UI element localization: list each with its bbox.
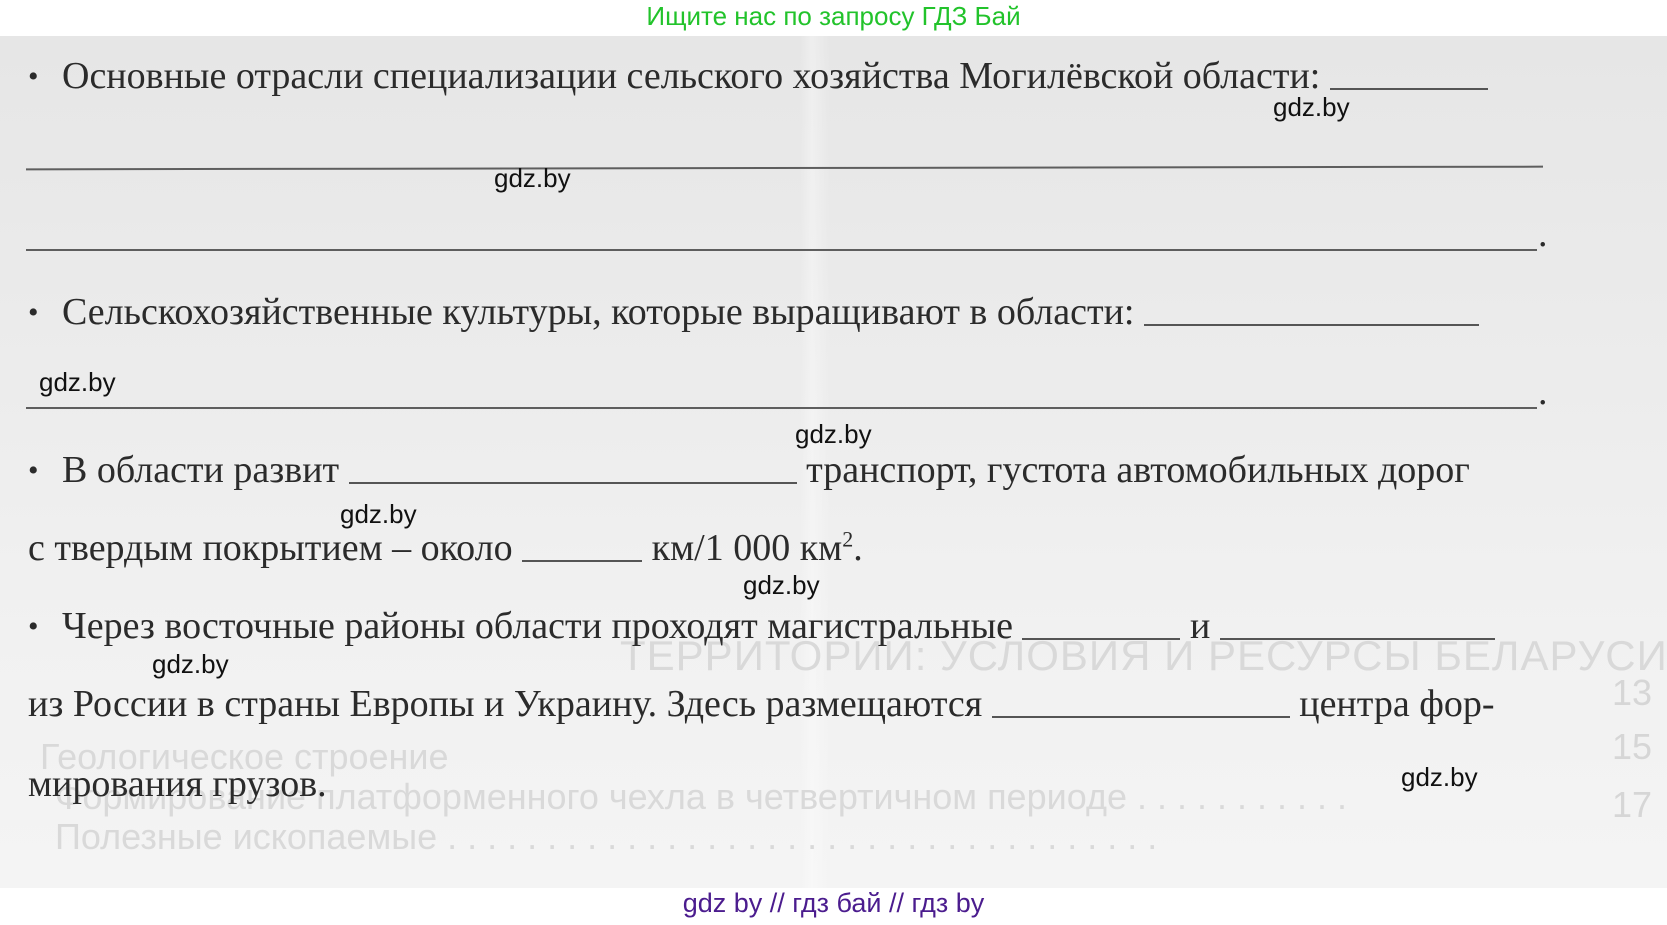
watermark: gdz.by [39,367,116,398]
answer-line-2b[interactable] [26,407,1537,409]
watermark: gdz.by [494,163,571,194]
question-1-text: Основные отрасли специализации сельского… [62,55,1320,97]
unit-label: км/1 000 км [652,527,843,569]
bullet-icon: • [28,449,62,493]
question-3-text: В области развит [62,449,339,491]
answer-blank-4a[interactable] [1022,608,1180,640]
answer-blank-1a[interactable] [1330,58,1488,90]
bullet-icon: • [28,291,62,335]
question-4-text-3: мирования грузов. [28,763,327,805]
question-3: •В области развит транспорт, густота авт… [28,448,1470,493]
question-4-text-2: из России в страны Европы и Украину. Зде… [28,683,982,725]
bullet-icon: • [28,55,62,99]
question-4-text: Через восточные районы области проходят … [62,605,1013,647]
question-2-text: Сельскохозяйственные культуры, которые в… [62,291,1134,333]
question-4: •Через восточные районы области проходят… [28,604,1495,649]
answer-blank-4c[interactable] [992,686,1290,718]
answer-blank-3b[interactable] [522,530,642,562]
end-period: . [1538,370,1548,414]
promo-banner: Ищите нас по запросу ГДЗ Бай [0,0,1667,36]
question-4-line-3: мирования грузов. [28,762,327,806]
watermark: gdz.by [1401,762,1478,793]
footer-links[interactable]: gdz by // гдз бай // гдз by [0,888,1667,925]
answer-blank-3a[interactable] [349,452,797,484]
answer-blank-2a[interactable] [1144,294,1479,326]
watermark: gdz.by [152,649,229,680]
question-4-line-2: из России в страны Европы и Украину. Зде… [28,682,1495,726]
bullet-icon: • [28,605,62,649]
answer-blank-4b[interactable] [1220,608,1495,640]
end-period: . [853,527,863,569]
ghost-page-number: 13 [1612,672,1652,714]
question-3-line-2: с твердым покрытием – около км/1 000 км2… [28,526,863,570]
end-period: . [1538,212,1548,256]
question-4-text-after: центра фор- [1299,683,1494,725]
watermark: gdz.by [340,499,417,530]
ghost-page-number: 15 [1612,726,1652,768]
question-1: •Основные отрасли специализации сельског… [28,54,1488,99]
question-3-text-after: транспорт, густота автомобильных дорог [806,449,1470,491]
watermark: gdz.by [743,570,820,601]
question-2: •Сельскохозяйственные культуры, которые … [28,290,1479,335]
unit-superscript: 2 [842,526,853,551]
answer-line-1c[interactable] [26,249,1537,251]
ghost-row: Полезные ископаемые . . . . . . . . . . … [55,816,1157,858]
question-3-text-2: с твердым покрытием – около [28,527,513,569]
watermark: gdz.by [795,419,872,450]
question-4-conjunction: и [1190,605,1210,647]
watermark: gdz.by [1273,92,1350,123]
ghost-page-number: 17 [1612,784,1652,826]
